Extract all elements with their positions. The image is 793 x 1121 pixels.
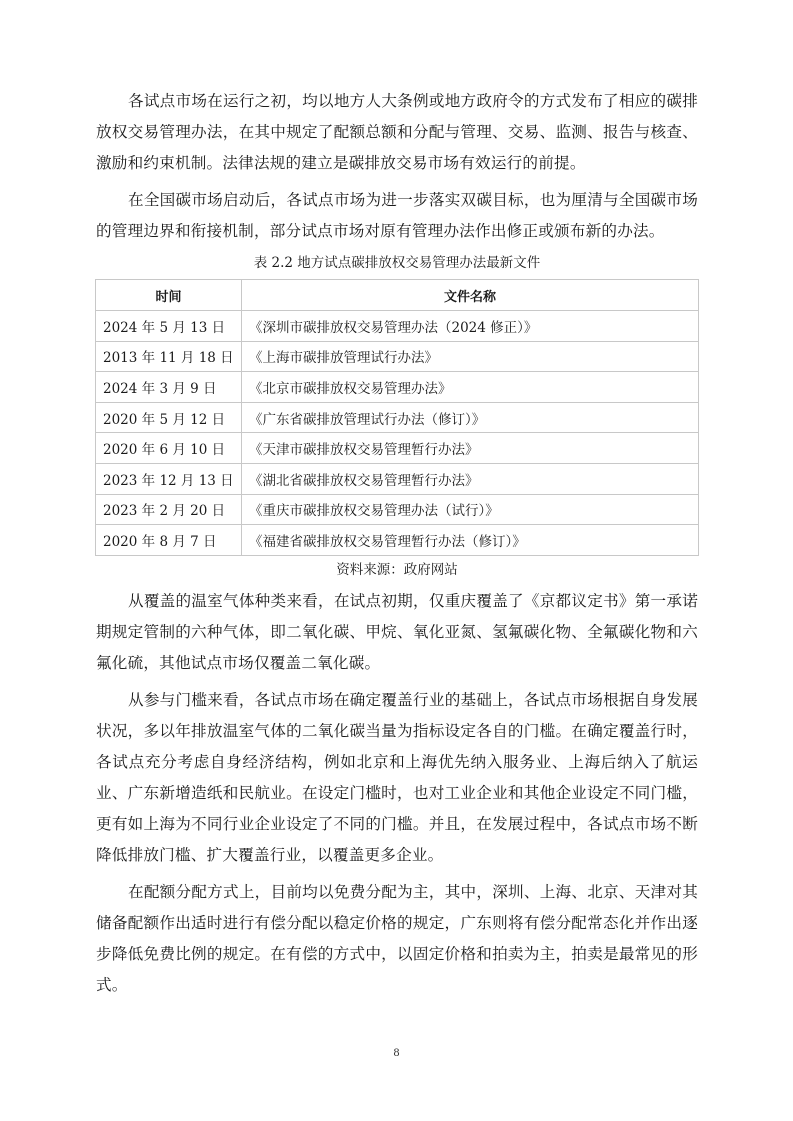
cell-date: 2024 年 5 月 13 日 <box>96 311 242 342</box>
paragraph-national-market: 在全国碳市场启动后，各试点市场为进一步落实双碳目标，也为厘清与全国碳市场的管理边… <box>96 185 698 247</box>
cell-document: 《北京市碳排放权交易管理办法》 <box>242 372 699 403</box>
table-row: 2013 年 11 月 18 日 《上海市碳排放管理试行办法》 <box>96 341 699 372</box>
column-header-document: 文件名称 <box>242 280 699 311</box>
cell-document: 《福建省碳排放权交易管理暂行办法（修订）》 <box>242 525 699 556</box>
column-header-date: 时间 <box>96 280 242 311</box>
cell-date: 2020 年 5 月 12 日 <box>96 402 242 433</box>
page-number: 8 <box>0 1045 793 1060</box>
paragraph-participation-threshold: 从参与门槛来看，各试点市场在确定覆盖行业的基础上，各试点市场根据自身发展状况，多… <box>96 685 698 871</box>
table-row: 2023 年 12 月 13 日 《湖北省碳排放权交易管理暂行办法》 <box>96 463 699 494</box>
paragraph-legal-framework: 各试点市场在运行之初，均以地方人大条例或地方政府令的方式发布了相应的碳排放权交易… <box>96 86 698 179</box>
cell-date: 2020 年 6 月 10 日 <box>96 433 242 464</box>
table-source-note: 资料来源：政府网站 <box>96 560 698 580</box>
cell-document: 《天津市碳排放权交易管理暂行办法》 <box>242 433 699 464</box>
cell-document: 《广东省碳排放管理试行办法（修订）》 <box>242 402 699 433</box>
table-row: 2020 年 5 月 12 日 《广东省碳排放管理试行办法（修订）》 <box>96 402 699 433</box>
regulations-table: 时间 文件名称 2024 年 5 月 13 日 《深圳市碳排放权交易管理办法（2… <box>95 279 699 556</box>
table-header-row: 时间 文件名称 <box>96 280 699 311</box>
cell-date: 2013 年 11 月 18 日 <box>96 341 242 372</box>
table-caption: 表 2.2 地方试点碳排放权交易管理办法最新文件 <box>96 253 698 273</box>
table-row: 2024 年 3 月 9 日 《北京市碳排放权交易管理办法》 <box>96 372 699 403</box>
paragraph-allocation-method: 在配额分配方式上，目前均以免费分配为主，其中，深圳、上海、北京、天津对其储备配额… <box>96 877 698 1001</box>
table-row: 2020 年 6 月 10 日 《天津市碳排放权交易管理暂行办法》 <box>96 433 699 464</box>
cell-date: 2024 年 3 月 9 日 <box>96 372 242 403</box>
cell-document: 《湖北省碳排放权交易管理暂行办法》 <box>242 463 699 494</box>
table-row: 2024 年 5 月 13 日 《深圳市碳排放权交易管理办法（2024 修正）》 <box>96 311 699 342</box>
cell-document: 《深圳市碳排放权交易管理办法（2024 修正）》 <box>242 311 699 342</box>
cell-date: 2023 年 2 月 20 日 <box>96 494 242 525</box>
cell-document: 《重庆市碳排放权交易管理办法（试行）》 <box>242 494 699 525</box>
document-page: 各试点市场在运行之初，均以地方人大条例或地方政府令的方式发布了相应的碳排放权交易… <box>96 86 698 1007</box>
cell-date: 2020 年 8 月 7 日 <box>96 525 242 556</box>
cell-date: 2023 年 12 月 13 日 <box>96 463 242 494</box>
table-row: 2020 年 8 月 7 日 《福建省碳排放权交易管理暂行办法（修订）》 <box>96 525 699 556</box>
cell-document: 《上海市碳排放管理试行办法》 <box>242 341 699 372</box>
paragraph-gas-coverage: 从覆盖的温室气体种类来看，在试点初期，仅重庆覆盖了《京都议定书》第一承诺期规定管… <box>96 586 698 679</box>
table-row: 2023 年 2 月 20 日 《重庆市碳排放权交易管理办法（试行）》 <box>96 494 699 525</box>
